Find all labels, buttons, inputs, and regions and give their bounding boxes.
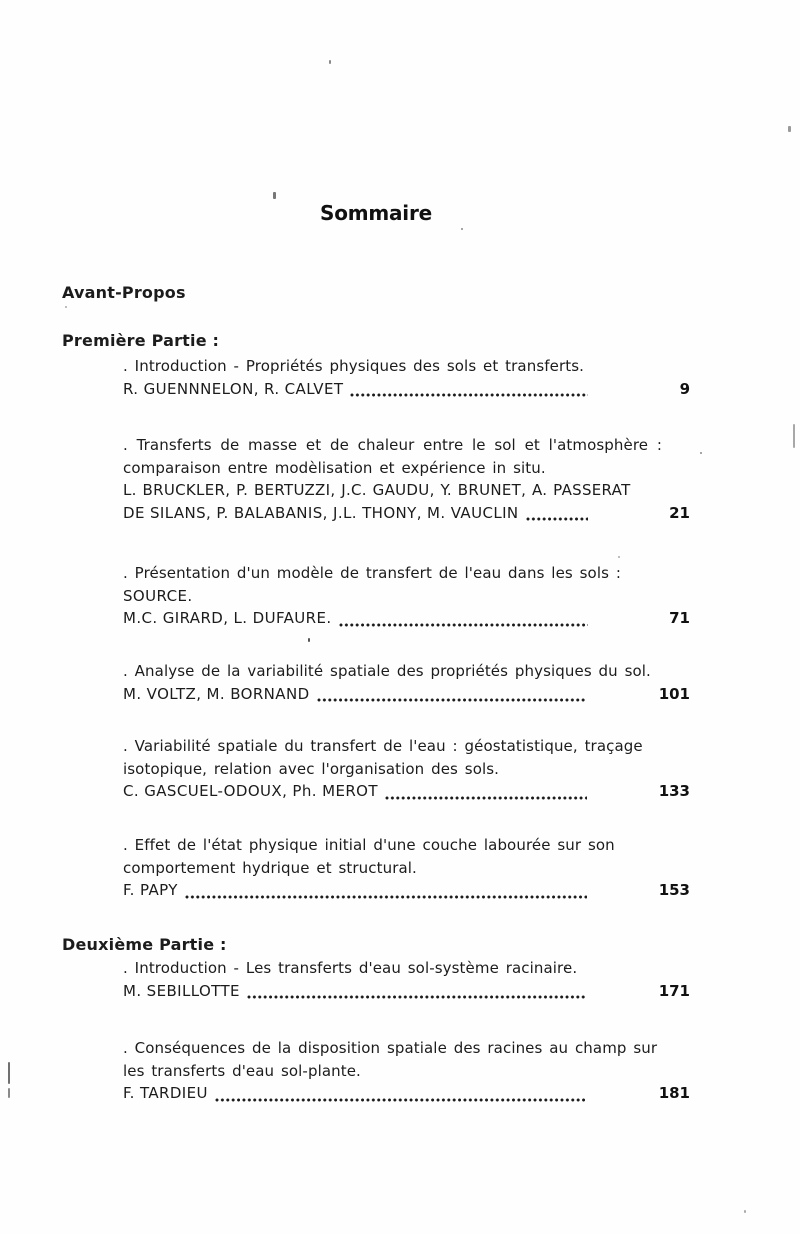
entry-authors-row: F. TARDIEU 181 bbox=[123, 1082, 690, 1105]
dot-leader bbox=[350, 393, 588, 397]
dot-leader bbox=[385, 796, 587, 800]
scan-speck bbox=[744, 1210, 746, 1213]
entry-authors-row: DE SILANS, P. BALABANIS, J.L. THONY, M. … bbox=[123, 502, 690, 525]
scan-speck bbox=[8, 1088, 10, 1098]
part-1-heading: Première Partie : bbox=[62, 331, 219, 350]
entry-authors-row: R. GUENNNELON, R. CALVET 9 bbox=[123, 378, 690, 401]
entry-description-line: . Introduction - Les transferts d'eau so… bbox=[123, 957, 690, 980]
page-number: 21 bbox=[660, 502, 690, 525]
scan-speck bbox=[793, 424, 795, 448]
entry-description-line: les transferts d'eau sol-plante. bbox=[123, 1060, 690, 1083]
entry-authors: M. VOLTZ, M. BORNAND bbox=[123, 683, 310, 706]
scan-speck bbox=[565, 966, 567, 968]
toc-entry: . Variabilité spatiale du transfert de l… bbox=[123, 735, 690, 803]
scanned-toc-page: Sommaire Avant-Propos Première Partie : … bbox=[0, 0, 800, 1234]
entry-authors-row: C. GASCUEL-ODOUX, Ph. MEROT 133 bbox=[123, 780, 690, 803]
toc-entry: . Introduction - Propriétés physiques de… bbox=[123, 355, 690, 400]
part-2-heading: Deuxième Partie : bbox=[62, 935, 227, 954]
entry-description-line: . Analyse de la variabilité spatiale des… bbox=[123, 660, 690, 683]
front-matter-heading: Avant-Propos bbox=[62, 283, 186, 302]
scan-speck bbox=[700, 452, 702, 454]
entry-authors-row: M. VOLTZ, M. BORNAND 101 bbox=[123, 683, 690, 706]
entry-description-line: . Introduction - Propriétés physiques de… bbox=[123, 355, 690, 378]
page-title: Sommaire bbox=[62, 201, 690, 225]
entry-authors: M. SEBILLOTTE bbox=[123, 980, 240, 1003]
toc-entry: . Présentation d'un modèle de transfert … bbox=[123, 562, 690, 630]
scan-speck bbox=[461, 228, 463, 230]
entry-authors: F. TARDIEU bbox=[123, 1082, 208, 1105]
toc-entry: . Transferts de masse et de chaleur entr… bbox=[123, 434, 690, 524]
scan-speck bbox=[273, 192, 276, 199]
page-number: 153 bbox=[659, 879, 690, 902]
entry-authors: C. GASCUEL-ODOUX, Ph. MEROT bbox=[123, 780, 378, 803]
entry-authors: R. GUENNNELON, R. CALVET bbox=[123, 378, 343, 401]
toc-entry: . Introduction - Les transferts d'eau so… bbox=[123, 957, 690, 1002]
dot-leader bbox=[317, 698, 587, 702]
scan-speck bbox=[329, 60, 331, 64]
page-number: 171 bbox=[659, 980, 690, 1003]
dot-leader bbox=[339, 623, 588, 627]
entry-description-line: isotopique, relation avec l'organisation… bbox=[123, 758, 690, 781]
page-number: 101 bbox=[659, 683, 690, 706]
dot-leader bbox=[215, 1098, 587, 1102]
entry-authors: L. BRUCKLER, P. BERTUZZI, J.C. GAUDU, Y.… bbox=[123, 479, 690, 502]
scan-speck bbox=[8, 1062, 10, 1084]
entry-description-line: . Transferts de masse et de chaleur entr… bbox=[123, 434, 690, 457]
entry-authors: DE SILANS, P. BALABANIS, J.L. THONY, M. … bbox=[123, 502, 519, 525]
entry-authors-row: M.C. GIRARD, L. DUFAURE. 71 bbox=[123, 607, 690, 630]
entry-description-line: . Effet de l'état physique initial d'une… bbox=[123, 834, 690, 857]
entry-authors: F. PAPY bbox=[123, 879, 178, 902]
scan-speck bbox=[618, 556, 620, 558]
entry-authors-row: M. SEBILLOTTE 171 bbox=[123, 980, 690, 1003]
scan-speck bbox=[308, 638, 310, 642]
dot-leader bbox=[185, 895, 587, 899]
entry-description-line: SOURCE. bbox=[123, 585, 690, 608]
dot-leader bbox=[247, 995, 587, 999]
toc-entry: . Conséquences de la disposition spatial… bbox=[123, 1037, 690, 1105]
dot-leader bbox=[526, 517, 588, 521]
entry-authors-row: F. PAPY 153 bbox=[123, 879, 690, 902]
entry-description-line: . Présentation d'un modèle de transfert … bbox=[123, 562, 690, 585]
toc-entry: . Effet de l'état physique initial d'une… bbox=[123, 834, 690, 902]
scan-speck bbox=[65, 306, 67, 308]
page-number: 133 bbox=[659, 780, 690, 803]
scan-speck bbox=[788, 126, 791, 132]
page-number: 71 bbox=[660, 607, 690, 630]
entry-authors: M.C. GIRARD, L. DUFAURE. bbox=[123, 607, 332, 630]
entry-description-line: comportement hydrique et structural. bbox=[123, 857, 690, 880]
entry-description-line: . Conséquences de la disposition spatial… bbox=[123, 1037, 690, 1060]
page-number: 181 bbox=[659, 1082, 690, 1105]
entry-description-line: . Variabilité spatiale du transfert de l… bbox=[123, 735, 690, 758]
entry-description-line: comparaison entre modèlisation et expéri… bbox=[123, 457, 690, 480]
toc-entry: . Analyse de la variabilité spatiale des… bbox=[123, 660, 690, 705]
page-number: 9 bbox=[660, 378, 690, 401]
